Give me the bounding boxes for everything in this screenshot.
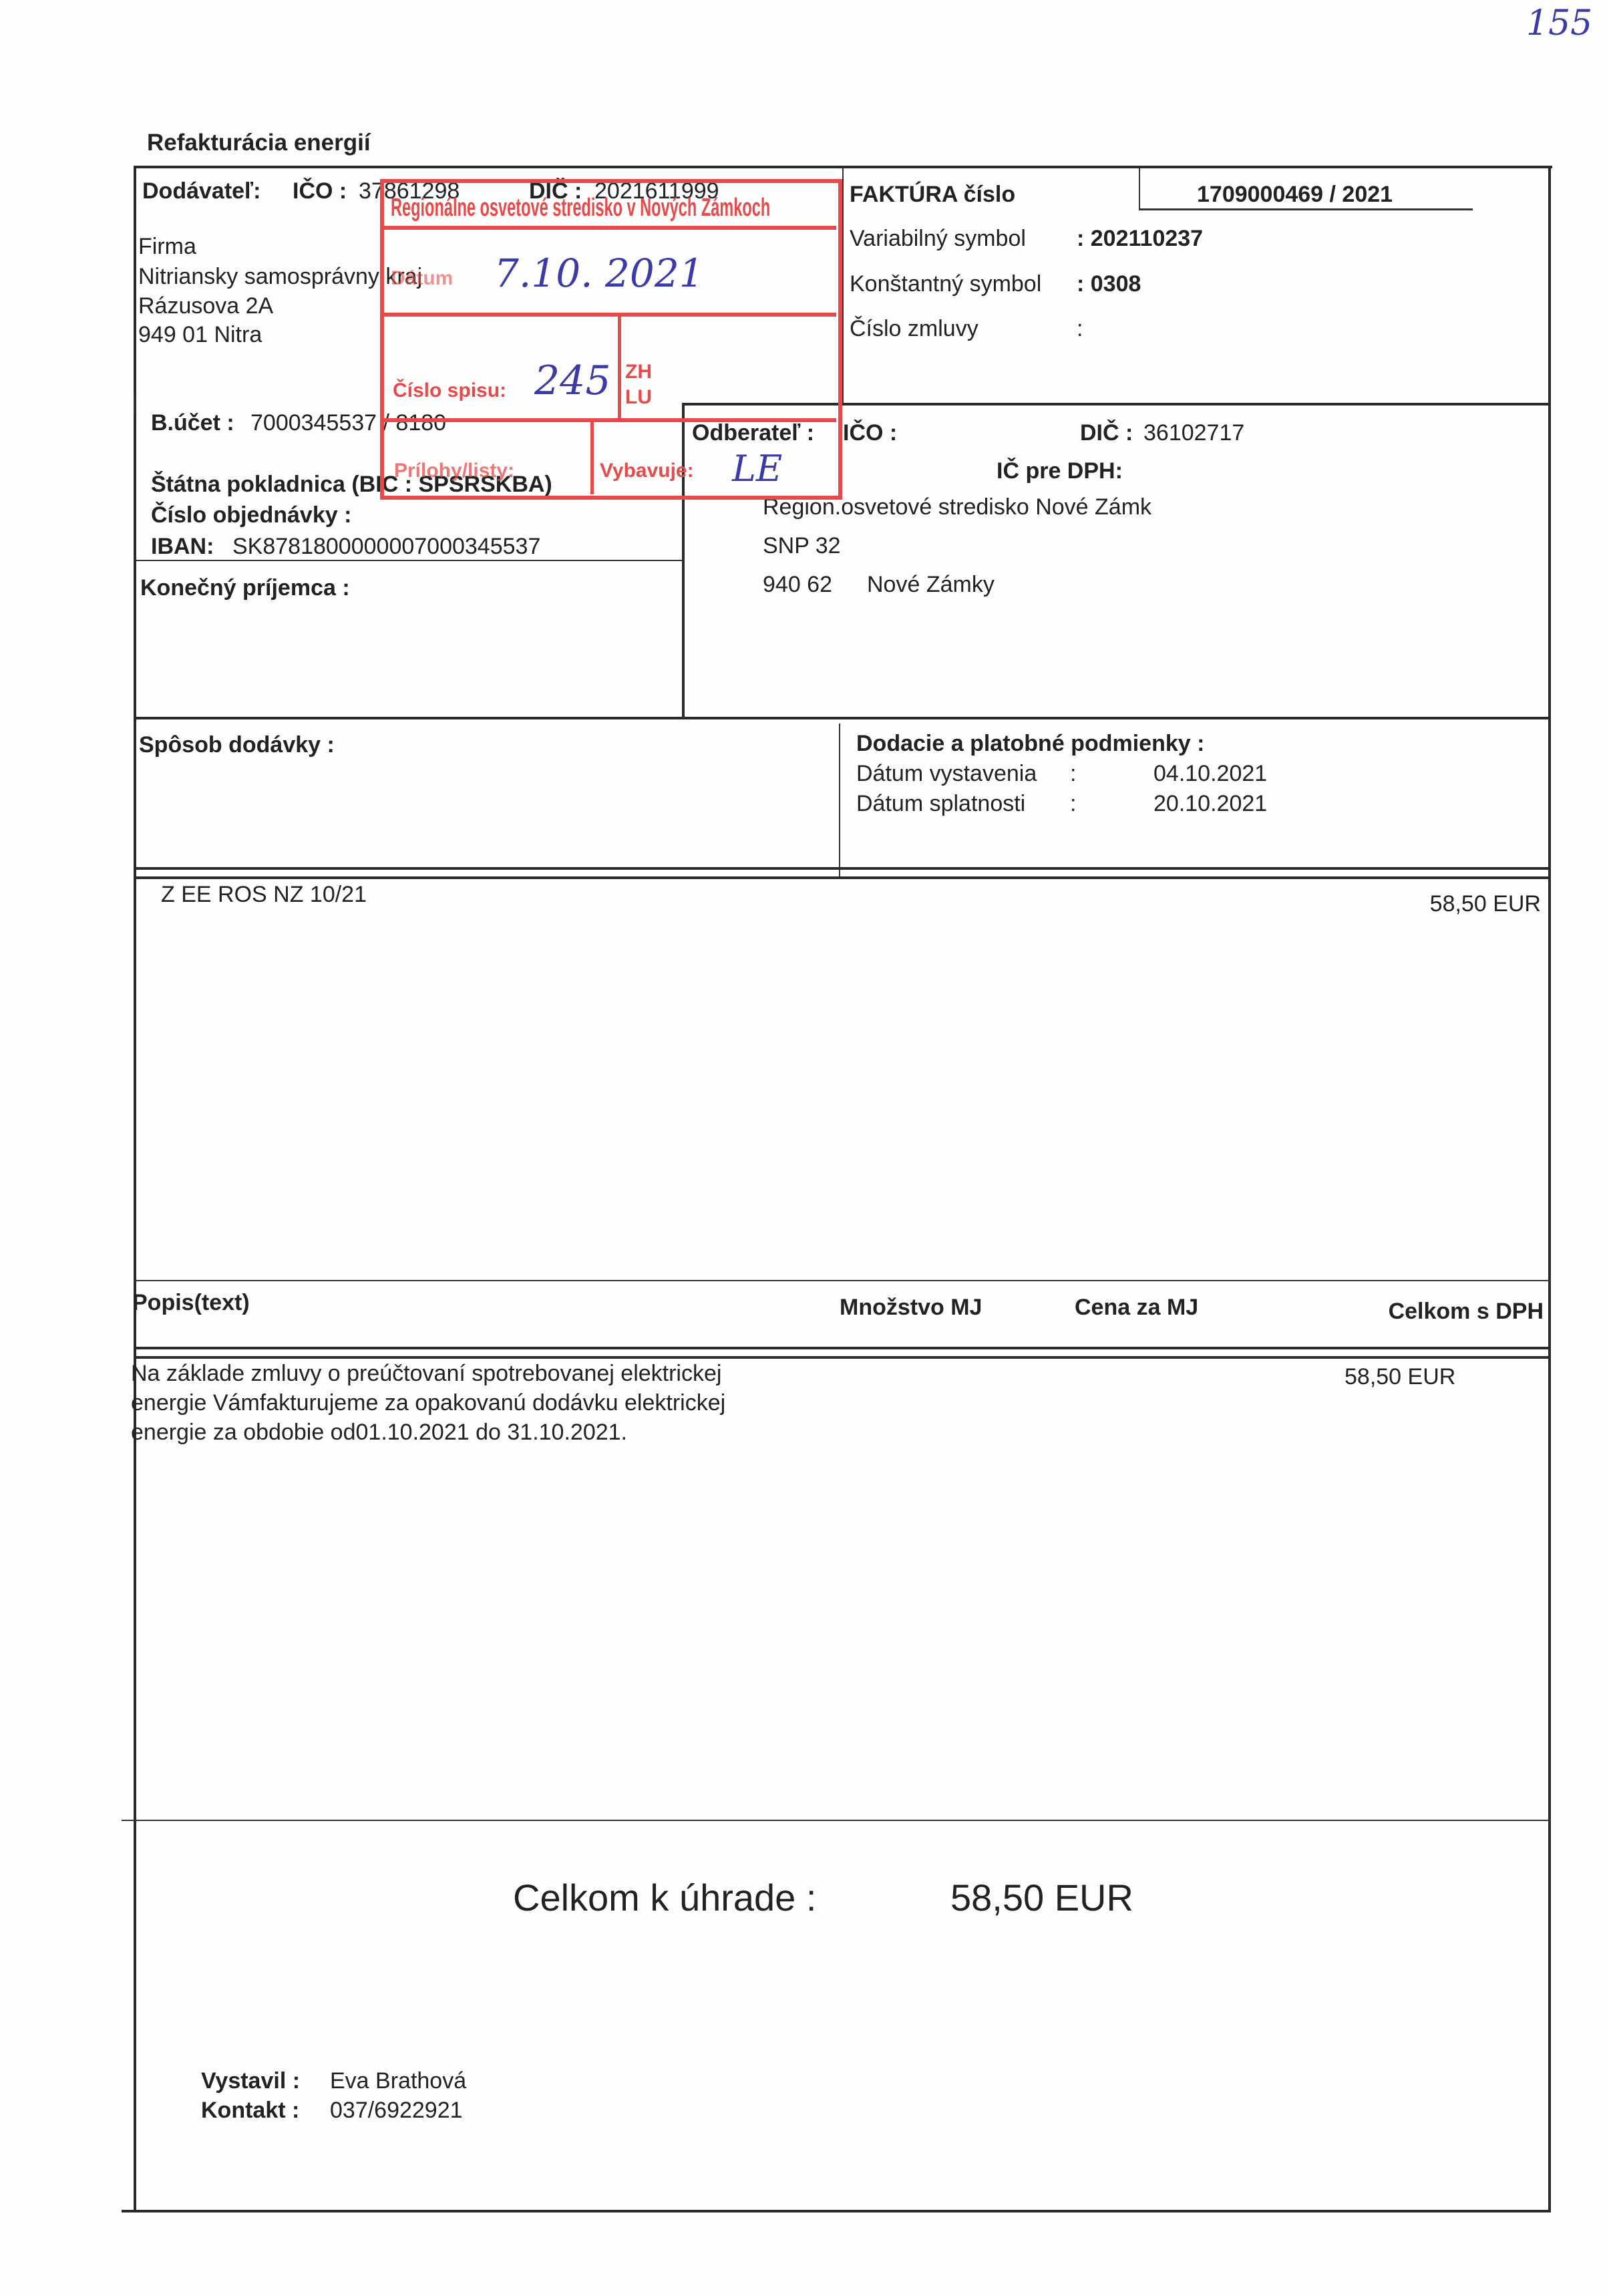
column-header-quantity: Množstvo MJ [840, 1296, 982, 1319]
contract-number-label: Číslo zmluvy [850, 317, 978, 340]
stamp-header: Regionálne osvetové stredisko v Nových Z… [391, 194, 770, 222]
delivery-method-label: Spôsob dodávky : [139, 733, 335, 756]
supplier-address-line: Rázusova 2A [138, 295, 273, 317]
customer-dic: 36102717 [1143, 422, 1244, 444]
variable-symbol: : 202110237 [1077, 227, 1203, 250]
customer-city: Nové Zámky [867, 573, 995, 596]
contract-number: : [1077, 317, 1083, 340]
stamp-date-handwritten: 7.10. 2021 [494, 251, 704, 296]
description-line: Na základe zmluvy o preúčtovaní spotrebo… [131, 1359, 725, 1388]
iban-label: IBAN: [151, 535, 214, 558]
column-header-total: Celkom s DPH [1389, 1300, 1544, 1323]
stamp-lu: LU [625, 386, 652, 409]
description-line: energie Vámfakturujeme za opakovanú dodá… [131, 1388, 725, 1418]
customer-ico-label: IČO : [843, 422, 897, 444]
customer-vat-label: IČ pre DPH: [997, 460, 1123, 482]
row-total: 58,50 EUR [1345, 1365, 1455, 1388]
issued-by-label: Vystavil : [201, 2070, 300, 2092]
final-recipient-label: Konečný príjemca : [140, 577, 350, 599]
stamp-attachments-label: Prílohy/listy: [394, 460, 514, 482]
contact-label: Kontakt : [201, 2099, 299, 2122]
stamp-date-label: Dátum [391, 267, 453, 290]
column-header-unit-price: Cena za MJ [1075, 1296, 1198, 1319]
iban: SK8781800000007000345537 [232, 535, 540, 558]
stamp-handled-by-label: Vybavuje: [600, 460, 694, 482]
due-date: 20.10.2021 [1153, 792, 1267, 815]
supplier-ico-label: IČO : [293, 180, 347, 202]
stamp-handled-by-handwritten: LE [732, 448, 782, 490]
customer-dic-label: DIČ : [1080, 422, 1133, 444]
customer-zip: 940 62 [763, 573, 832, 596]
summary-amount: 58,50 EUR [1430, 892, 1541, 915]
order-number-label: Číslo objednávky : [151, 504, 351, 526]
total-label: Celkom k úhrade : [513, 1879, 816, 1917]
supplier-address-line: Firma [138, 235, 196, 258]
issue-date-colon: : [1070, 762, 1076, 785]
total-amount: 58,50 EUR [950, 1879, 1133, 1917]
bank-account-label: B.účet : [151, 412, 234, 434]
due-date-colon: : [1070, 792, 1076, 815]
issue-date: 04.10.2021 [1153, 762, 1267, 785]
due-date-label: Dátum splatnosti [856, 792, 1025, 815]
description-line: energie za obdobie od01.10.2021 do 31.10… [131, 1418, 725, 1447]
row-description: Na základe zmluvy o preúčtovaní spotrebo… [131, 1359, 725, 1447]
supplier-label: Dodávateľ: [142, 180, 260, 202]
constant-symbol: : 0308 [1077, 273, 1141, 295]
issue-date-label: Dátum vystavenia [856, 762, 1037, 785]
page-annotation: 155 [1526, 3, 1592, 43]
invoice-number: 1709000469 / 2021 [1197, 183, 1393, 206]
summary-code: Z EE ROS NZ 10/21 [161, 883, 367, 906]
delivery-terms-label: Dodacie a platobné podmienky : [856, 732, 1204, 755]
customer-street: SNP 32 [763, 534, 841, 557]
constant-symbol-label: Konštantný symbol [850, 273, 1041, 295]
stamp-zh: ZH [625, 361, 652, 383]
stamp-file-label: Číslo spisu: [393, 379, 506, 402]
issued-by: Eva Brathová [330, 2070, 466, 2092]
contact: 037/6922921 [330, 2099, 463, 2122]
document-title: Refakturácia energií [147, 131, 371, 154]
column-header-description: Popis(text) [132, 1291, 250, 1314]
supplier-address-line: 949 01 Nitra [138, 323, 262, 346]
stamp-file-handwritten: 245 [534, 357, 611, 404]
invoice-label: FAKTÚRA číslo [850, 183, 1015, 206]
variable-symbol-label: Variabilný symbol [850, 227, 1026, 250]
